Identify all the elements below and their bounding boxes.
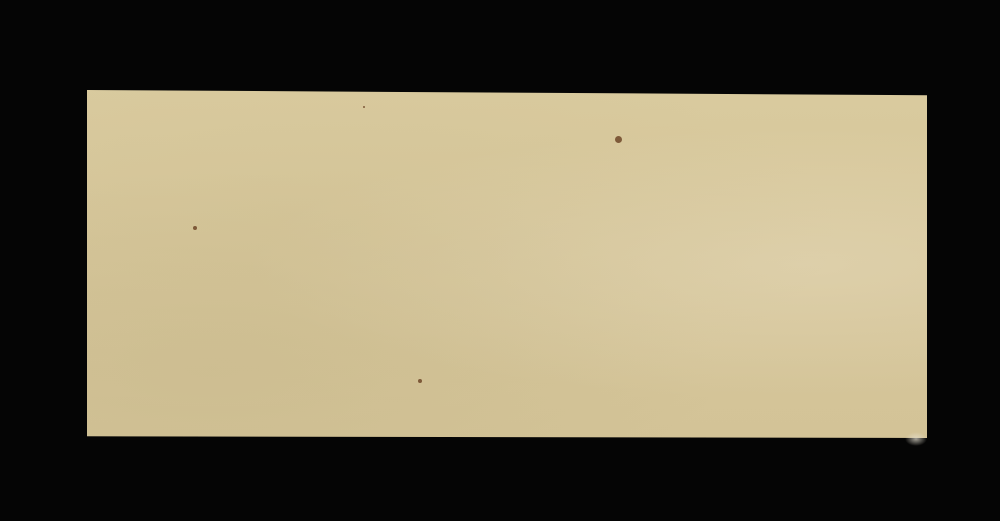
frayed-corner (905, 432, 927, 446)
stain-spot (363, 106, 365, 108)
stain-spot (615, 136, 622, 143)
paper-note (87, 90, 927, 438)
stain-spot (418, 379, 422, 383)
stain-spot (193, 226, 197, 230)
